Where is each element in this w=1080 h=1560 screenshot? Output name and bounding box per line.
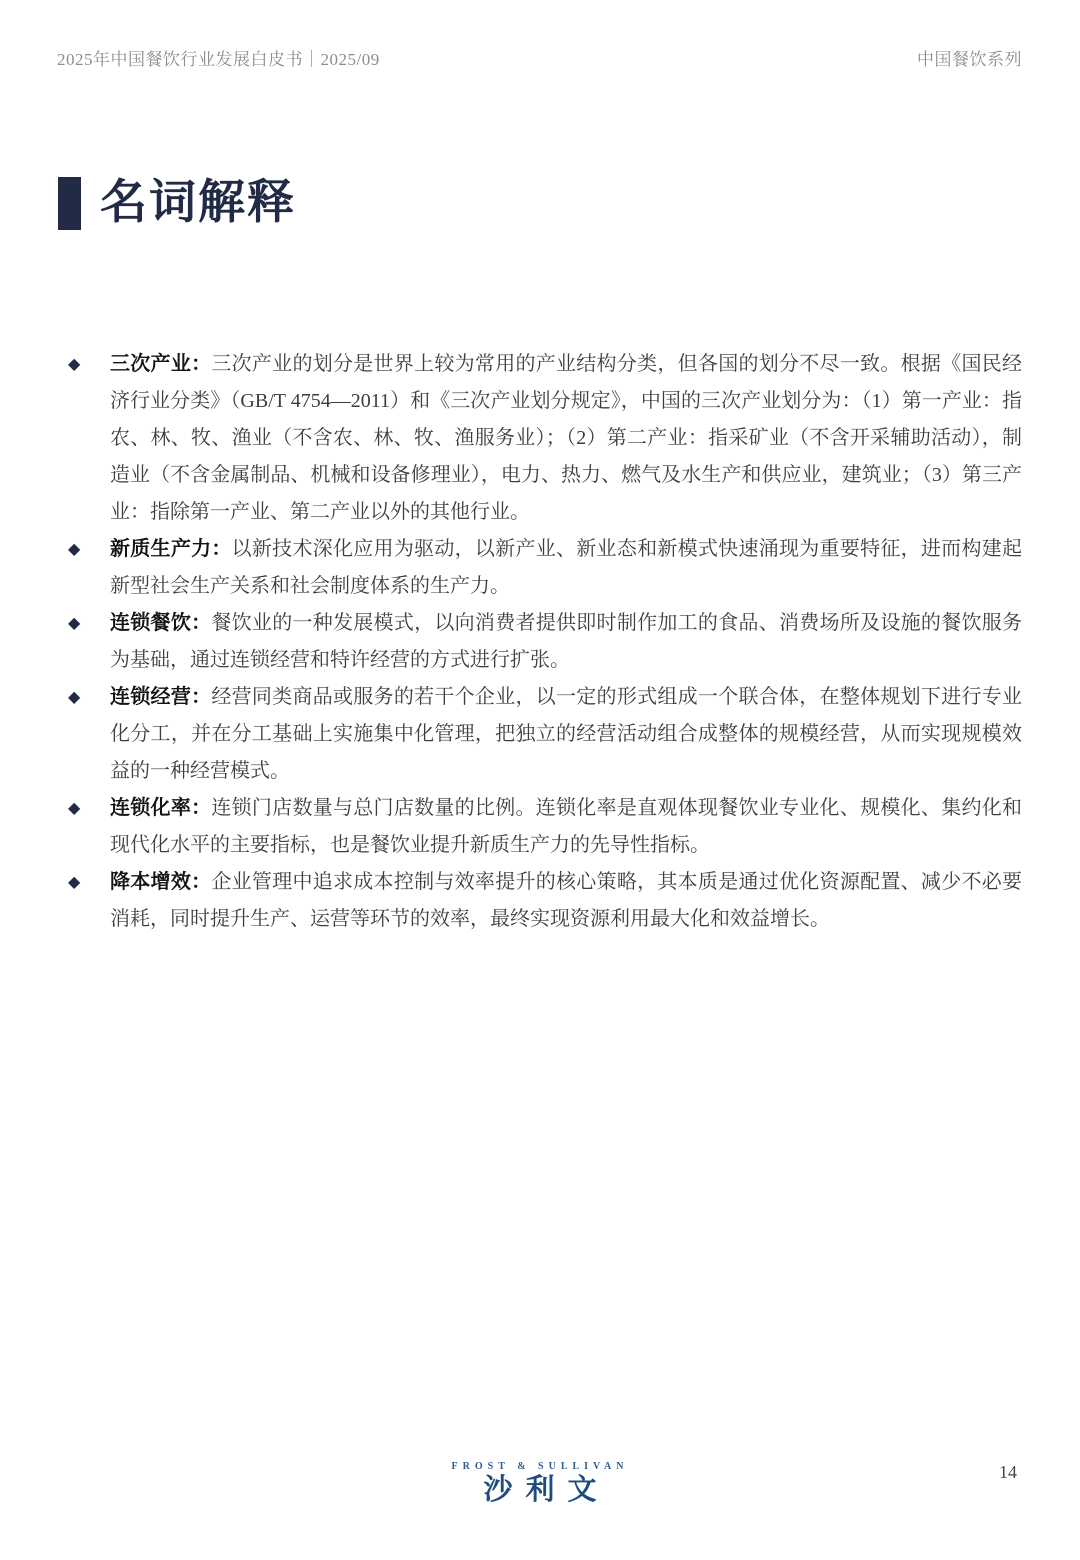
- section-title-row: 名词解释: [58, 177, 296, 230]
- frost-sullivan-logo-cn: 沙利文: [0, 1475, 1080, 1505]
- glossary-item: ◆ 连锁化率：连锁门店数量与总门店数量的比例。连锁化率是直观体现餐饮业专业化、规…: [58, 790, 1022, 864]
- definition-text: 以新技术深化应用为驱动，以新产业、新业态和新模式快速涌现为重要特征，进而构建起新…: [110, 538, 1022, 597]
- term-label: 三次产业：: [110, 353, 211, 375]
- glossary-item-text: 连锁餐饮：餐饮业的一种发展模式，以向消费者提供即时制作加工的食品、消费场所及设施…: [110, 605, 1022, 679]
- diamond-bullet-icon: ◆: [58, 864, 110, 901]
- page-title: 名词解释: [100, 177, 296, 230]
- glossary-list: ◆ 三次产业：三次产业的划分是世界上较为常用的产业结构分类，但各国的划分不尽一致…: [58, 346, 1022, 938]
- term-label: 新质生产力：: [110, 538, 232, 560]
- diamond-bullet-icon: ◆: [58, 605, 110, 642]
- page-header: 2025年中国餐饮行业发展白皮书｜2025/09 中国餐饮系列: [57, 49, 1022, 70]
- glossary-item: ◆ 连锁经营：经营同类商品或服务的若干个企业，以一定的形式组成一个联合体，在整体…: [58, 679, 1022, 790]
- glossary-item: ◆ 降本增效：企业管理中追求成本控制与效率提升的核心策略，其本质是通过优化资源配…: [58, 864, 1022, 938]
- definition-text: 三次产业的划分是世界上较为常用的产业结构分类，但各国的划分不尽一致。根据《国民经…: [110, 353, 1022, 523]
- definition-text: 连锁门店数量与总门店数量的比例。连锁化率是直观体现餐饮业专业化、规模化、集约化和…: [110, 797, 1022, 856]
- glossary-item-text: 三次产业：三次产业的划分是世界上较为常用的产业结构分类，但各国的划分不尽一致。根…: [110, 346, 1022, 531]
- definition-text: 经营同类商品或服务的若干个企业，以一定的形式组成一个联合体，在整体规划下进行专业…: [110, 686, 1022, 782]
- glossary-item-text: 连锁经营：经营同类商品或服务的若干个企业，以一定的形式组成一个联合体，在整体规划…: [110, 679, 1022, 790]
- diamond-bullet-icon: ◆: [58, 790, 110, 827]
- term-label: 连锁经营：: [110, 686, 211, 708]
- glossary-item-text: 连锁化率：连锁门店数量与总门店数量的比例。连锁化率是直观体现餐饮业专业化、规模化…: [110, 790, 1022, 864]
- term-label: 连锁化率：: [110, 797, 211, 819]
- footer-logo: FROST & SULLIVAN 沙利文: [0, 1461, 1080, 1505]
- glossary-item-text: 新质生产力：以新技术深化应用为驱动，以新产业、新业态和新模式快速涌现为重要特征，…: [110, 531, 1022, 605]
- glossary-item: ◆ 连锁餐饮：餐饮业的一种发展模式，以向消费者提供即时制作加工的食品、消费场所及…: [58, 605, 1022, 679]
- document-page: 2025年中国餐饮行业发展白皮书｜2025/09 中国餐饮系列 名词解释 ◆ 三…: [0, 0, 1080, 1560]
- definition-text: 企业管理中追求成本控制与效率提升的核心策略，其本质是通过优化资源配置、减少不必要…: [110, 871, 1022, 930]
- glossary-item-text: 降本增效：企业管理中追求成本控制与效率提升的核心策略，其本质是通过优化资源配置、…: [110, 864, 1022, 938]
- glossary-item: ◆ 三次产业：三次产业的划分是世界上较为常用的产业结构分类，但各国的划分不尽一致…: [58, 346, 1022, 531]
- term-label: 连锁餐饮：: [110, 612, 211, 634]
- frost-sullivan-logo-en: FROST & SULLIVAN: [0, 1461, 1080, 1473]
- header-left-text: 2025年中国餐饮行业发展白皮书｜2025/09: [57, 49, 380, 70]
- page-number: 14: [999, 1462, 1017, 1482]
- definition-text: 餐饮业的一种发展模式，以向消费者提供即时制作加工的食品、消费场所及设施的餐饮服务…: [110, 612, 1022, 671]
- glossary-item: ◆ 新质生产力：以新技术深化应用为驱动，以新产业、新业态和新模式快速涌现为重要特…: [58, 531, 1022, 605]
- title-accent-bar: [58, 177, 81, 230]
- term-label: 降本增效：: [110, 871, 211, 893]
- diamond-bullet-icon: ◆: [58, 531, 110, 568]
- diamond-bullet-icon: ◆: [58, 346, 110, 383]
- diamond-bullet-icon: ◆: [58, 679, 110, 716]
- header-right-text: 中国餐饮系列: [917, 49, 1022, 70]
